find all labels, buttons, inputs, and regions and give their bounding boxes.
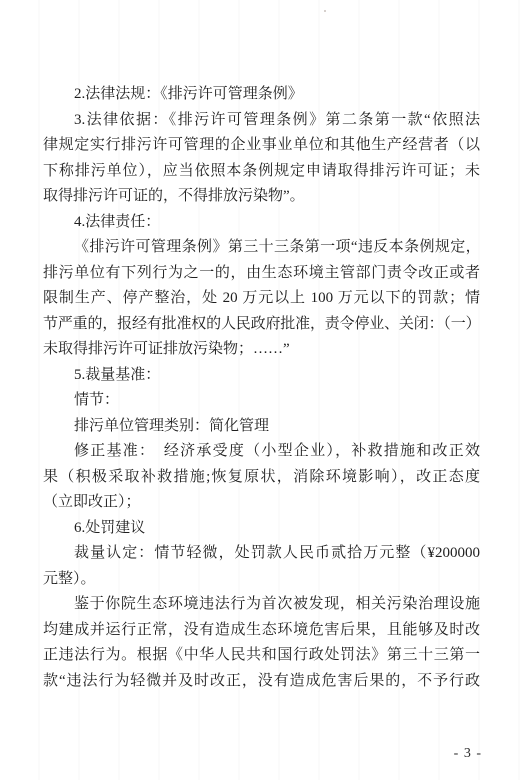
document-line: 6.处罚建议 <box>43 516 480 542</box>
scan-speck <box>324 10 326 12</box>
document-line: 果（积极采取补救措施;恢复原状，消除环境影响），改正态度 <box>43 465 480 491</box>
document-line: 情节： <box>43 388 480 414</box>
document-line: 排污单位有下列行为之一的，由生态环境主管部门责令改正或者 <box>43 261 480 287</box>
document-line: （立即改正）； <box>43 490 480 516</box>
document-line: 排污单位管理类别：简化管理 <box>43 414 480 440</box>
document-line: 元整）。 <box>43 567 480 593</box>
document-line: 款“违法行为轻微并及时改正，没有造成危害后果的，不予行政 <box>43 669 480 695</box>
document-line: 裁量认定：情节轻微，处罚款人民币贰拾万元整（¥200000 <box>43 541 480 567</box>
document-line: 3.法律依据：《排污许可管理条例》第二条第一款“依照法 <box>43 108 480 134</box>
document-line: 限制生产、停产整治，处 20 万元以上 100 万元以下的罚款；情 <box>43 286 480 312</box>
page-number: - 3 - <box>454 746 482 762</box>
document-line: 均建成并运行正常，没有造成生态环境危害后果，且能够及时改 <box>43 618 480 644</box>
document-line: 正违法行为。根据《中华人民共和国行政处罚法》第三十三第一 <box>43 643 480 669</box>
document-line: 取得排污许可证的，不得排放污染物”。 <box>43 184 480 210</box>
document-body: 2.法律法规：《排污许可管理条例》3.法律依据：《排污许可管理条例》第二条第一款… <box>43 82 480 694</box>
document-line: 4.法律责任： <box>43 210 480 236</box>
document-line: 律规定实行排污许可管理的企业事业单位和其他生产经营者（以 <box>43 133 480 159</box>
document-line: 5.裁量基准： <box>43 363 480 389</box>
document-line: 节严重的，报经有批准权的人民政府批准，责令停业、关闭：（一） <box>43 312 480 338</box>
document-line: 鉴于你院生态环境违法行为首次被发现，相关污染治理设施 <box>43 592 480 618</box>
document-line: 修正基准： 经济承受度（小型企业），补救措施和改正效 <box>43 439 480 465</box>
document-line: 《排污许可管理条例》第三十三条第一项“违反本条例规定， <box>43 235 480 261</box>
document-line: 下称排污单位），应当依照本条例规定申请取得排污许可证；未 <box>43 159 480 185</box>
document-line: 2.法律法规：《排污许可管理条例》 <box>43 82 480 108</box>
scanned-document-page: 2.法律法规：《排污许可管理条例》3.法律依据：《排污许可管理条例》第二条第一款… <box>0 0 522 780</box>
document-line: 未取得排污许可证排放污染物；……” <box>43 337 480 363</box>
